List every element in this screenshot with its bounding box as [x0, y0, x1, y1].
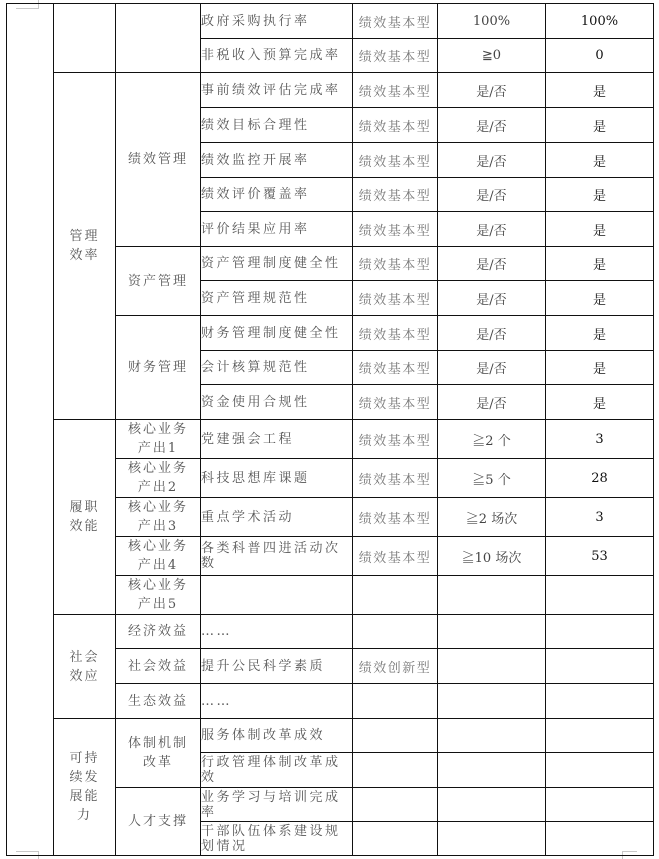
indicator-type-cell: 绩效基本型: [353, 281, 438, 316]
actual-value-cell: [546, 615, 654, 649]
indicator-cell: 各类科普四进活动次数: [201, 537, 353, 576]
actual-value-cell: 是: [546, 73, 654, 108]
level3-label: 核心业务产出2: [123, 459, 193, 497]
indicator-type-cell: [353, 684, 438, 719]
level3-label: 核心业务产出1: [123, 420, 193, 458]
actual-value-cell: 是: [546, 385, 654, 420]
level3-cell: 核心业务产出4: [116, 537, 201, 576]
indicator-cell: ……: [201, 684, 353, 719]
actual-value-cell: 是: [546, 143, 654, 178]
indicator-type-cell: 绩效基本型: [353, 73, 438, 108]
indicator-cell: 干部队伍体系建设规划情况: [201, 822, 353, 856]
indicator-cell: 政府采购执行率: [201, 4, 353, 39]
level3-cell: 生态效益: [116, 684, 201, 719]
level3-cell: 资产管理: [116, 247, 201, 316]
level3-cell: 核心业务产出5: [116, 576, 201, 615]
actual-value-cell: [546, 684, 654, 719]
target-value-cell: 是/否: [438, 281, 546, 316]
actual-value-cell: 是: [546, 108, 654, 143]
level2-cell: 可持续发展能力: [54, 719, 116, 856]
indicator-type-cell: 绩效基本型: [353, 316, 438, 351]
actual-value-cell: [546, 576, 654, 615]
actual-value-cell: 3: [546, 498, 654, 537]
indicator-cell: 资产管理规范性: [201, 281, 353, 316]
target-value-cell: ≧10 场次: [438, 537, 546, 576]
target-value-cell: 100%: [438, 4, 546, 39]
indicator-cell: 评价结果应用率: [201, 212, 353, 247]
actual-value-cell: 是: [546, 178, 654, 212]
indicator-cell: 重点学术活动: [201, 498, 353, 537]
target-value-cell: [438, 684, 546, 719]
indicator-type-cell: [353, 788, 438, 822]
target-value-cell: 是/否: [438, 73, 546, 108]
actual-value-cell: [546, 753, 654, 788]
indicator-type-cell: 绩效创新型: [353, 649, 438, 684]
indicator-type-cell: 绩效基本型: [353, 108, 438, 143]
level1-cell: [7, 4, 54, 856]
indicator-type-cell: [353, 822, 438, 856]
indicator-cell: 资产管理制度健全性: [201, 247, 353, 281]
target-value-cell: 是/否: [438, 316, 546, 351]
indicator-type-cell: [353, 576, 438, 615]
target-value-cell: [438, 649, 546, 684]
level3-label: 体制机制改革: [123, 734, 193, 772]
indicator-type-cell: [353, 753, 438, 788]
indicator-type-cell: 绩效基本型: [353, 351, 438, 385]
actual-value-cell: 是: [546, 281, 654, 316]
actual-value-cell: [546, 788, 654, 822]
indicator-cell: 事前绩效评估完成率: [201, 73, 353, 108]
target-value-cell: 是/否: [438, 108, 546, 143]
level2-cell: 社会效应: [54, 615, 116, 719]
level3-cell: 财务管理: [116, 316, 201, 420]
table-row: 社会效应 经济效益 ……: [7, 615, 654, 649]
level2-label: 管理效率: [70, 227, 100, 265]
actual-value-cell: 是: [546, 351, 654, 385]
level2-label: 可持续发展能力: [70, 749, 100, 825]
indicator-type-cell: 绩效基本型: [353, 212, 438, 247]
indicator-cell: 绩效评价覆盖率: [201, 178, 353, 212]
indicator-cell: 非税收入预算完成率: [201, 39, 353, 73]
table-row: 管理效率 绩效管理 事前绩效评估完成率 绩效基本型 是/否 是: [7, 73, 654, 108]
indicator-type-cell: [353, 615, 438, 649]
indicator-type-cell: 绩效基本型: [353, 459, 438, 498]
level3-cell: 核心业务产出3: [116, 498, 201, 537]
indicator-cell: ……: [201, 615, 353, 649]
performance-indicator-table: 政府采购执行率 绩效基本型 100% 100% 非税收入预算完成率 绩效基本型 …: [6, 3, 654, 856]
indicator-type-cell: 绩效基本型: [353, 4, 438, 39]
indicator-type-cell: 绩效基本型: [353, 385, 438, 420]
actual-value-cell: 3: [546, 420, 654, 459]
actual-value-cell: 是: [546, 212, 654, 247]
target-value-cell: 是/否: [438, 247, 546, 281]
actual-value-cell: [546, 649, 654, 684]
actual-value-cell: [546, 719, 654, 753]
indicator-type-cell: 绩效基本型: [353, 498, 438, 537]
indicator-type-cell: [353, 719, 438, 753]
actual-value-cell: [546, 822, 654, 856]
level2-cell: 履职效能: [54, 420, 116, 615]
target-value-cell: [438, 615, 546, 649]
indicator-type-cell: 绩效基本型: [353, 537, 438, 576]
level3-label: 核心业务产出4: [123, 537, 193, 575]
level3-cell: [116, 4, 201, 73]
target-value-cell: [438, 576, 546, 615]
table-row: 可持续发展能力 体制机制改革 服务体制改革成效: [7, 719, 654, 753]
level2-label: 社会效应: [70, 648, 100, 686]
level3-cell: 社会效益: [116, 649, 201, 684]
indicator-cell: [201, 576, 353, 615]
target-value-cell: 是/否: [438, 385, 546, 420]
indicator-type-cell: 绩效基本型: [353, 39, 438, 73]
level3-cell: 绩效管理: [116, 73, 201, 247]
target-value-cell: ≧2 个: [438, 420, 546, 459]
actual-value-cell: 100%: [546, 4, 654, 39]
level2-cell: 管理效率: [54, 73, 116, 420]
indicator-cell: 提升公民科学素质: [201, 649, 353, 684]
actual-value-cell: 是: [546, 247, 654, 281]
level3-cell: 体制机制改革: [116, 719, 201, 788]
indicator-cell: 行政管理体制改革成效: [201, 753, 353, 788]
indicator-type-cell: 绩效基本型: [353, 420, 438, 459]
table-row: 政府采购执行率 绩效基本型 100% 100%: [7, 4, 654, 39]
indicator-cell: 业务学习与培训完成率: [201, 788, 353, 822]
indicator-type-cell: 绩效基本型: [353, 247, 438, 281]
level3-cell: 经济效益: [116, 615, 201, 649]
target-value-cell: 是/否: [438, 143, 546, 178]
actual-value-cell: 0: [546, 39, 654, 73]
target-value-cell: ≧2 场次: [438, 498, 546, 537]
indicator-cell: 绩效监控开展率: [201, 143, 353, 178]
indicator-cell: 服务体制改革成效: [201, 719, 353, 753]
indicator-cell: 会计核算规范性: [201, 351, 353, 385]
target-value-cell: [438, 822, 546, 856]
level3-cell: 核心业务产出1: [116, 420, 201, 459]
indicator-type-cell: 绩效基本型: [353, 143, 438, 178]
target-value-cell: 是/否: [438, 212, 546, 247]
target-value-cell: ≧5 个: [438, 459, 546, 498]
level2-label: 履职效能: [70, 498, 100, 536]
level2-cell: [54, 4, 116, 73]
indicator-cell: 财务管理制度健全性: [201, 316, 353, 351]
indicator-type-cell: 绩效基本型: [353, 178, 438, 212]
level3-cell: 核心业务产出2: [116, 459, 201, 498]
actual-value-cell: 28: [546, 459, 654, 498]
indicator-cell: 绩效目标合理性: [201, 108, 353, 143]
level3-label: 核心业务产出3: [123, 498, 193, 536]
indicator-cell: 科技思想库课题: [201, 459, 353, 498]
target-value-cell: [438, 788, 546, 822]
table-row: 履职效能 核心业务产出1 党建强会工程 绩效基本型 ≧2 个 3: [7, 420, 654, 459]
target-value-cell: [438, 753, 546, 788]
actual-value-cell: 53: [546, 537, 654, 576]
target-value-cell: ≧0: [438, 39, 546, 73]
indicator-cell: 资金使用合规性: [201, 385, 353, 420]
target-value-cell: 是/否: [438, 351, 546, 385]
target-value-cell: [438, 719, 546, 753]
indicator-cell: 党建强会工程: [201, 420, 353, 459]
target-value-cell: 是/否: [438, 178, 546, 212]
actual-value-cell: 是: [546, 316, 654, 351]
level3-cell: 人才支撑: [116, 788, 201, 856]
level3-label: 核心业务产出5: [123, 576, 193, 614]
